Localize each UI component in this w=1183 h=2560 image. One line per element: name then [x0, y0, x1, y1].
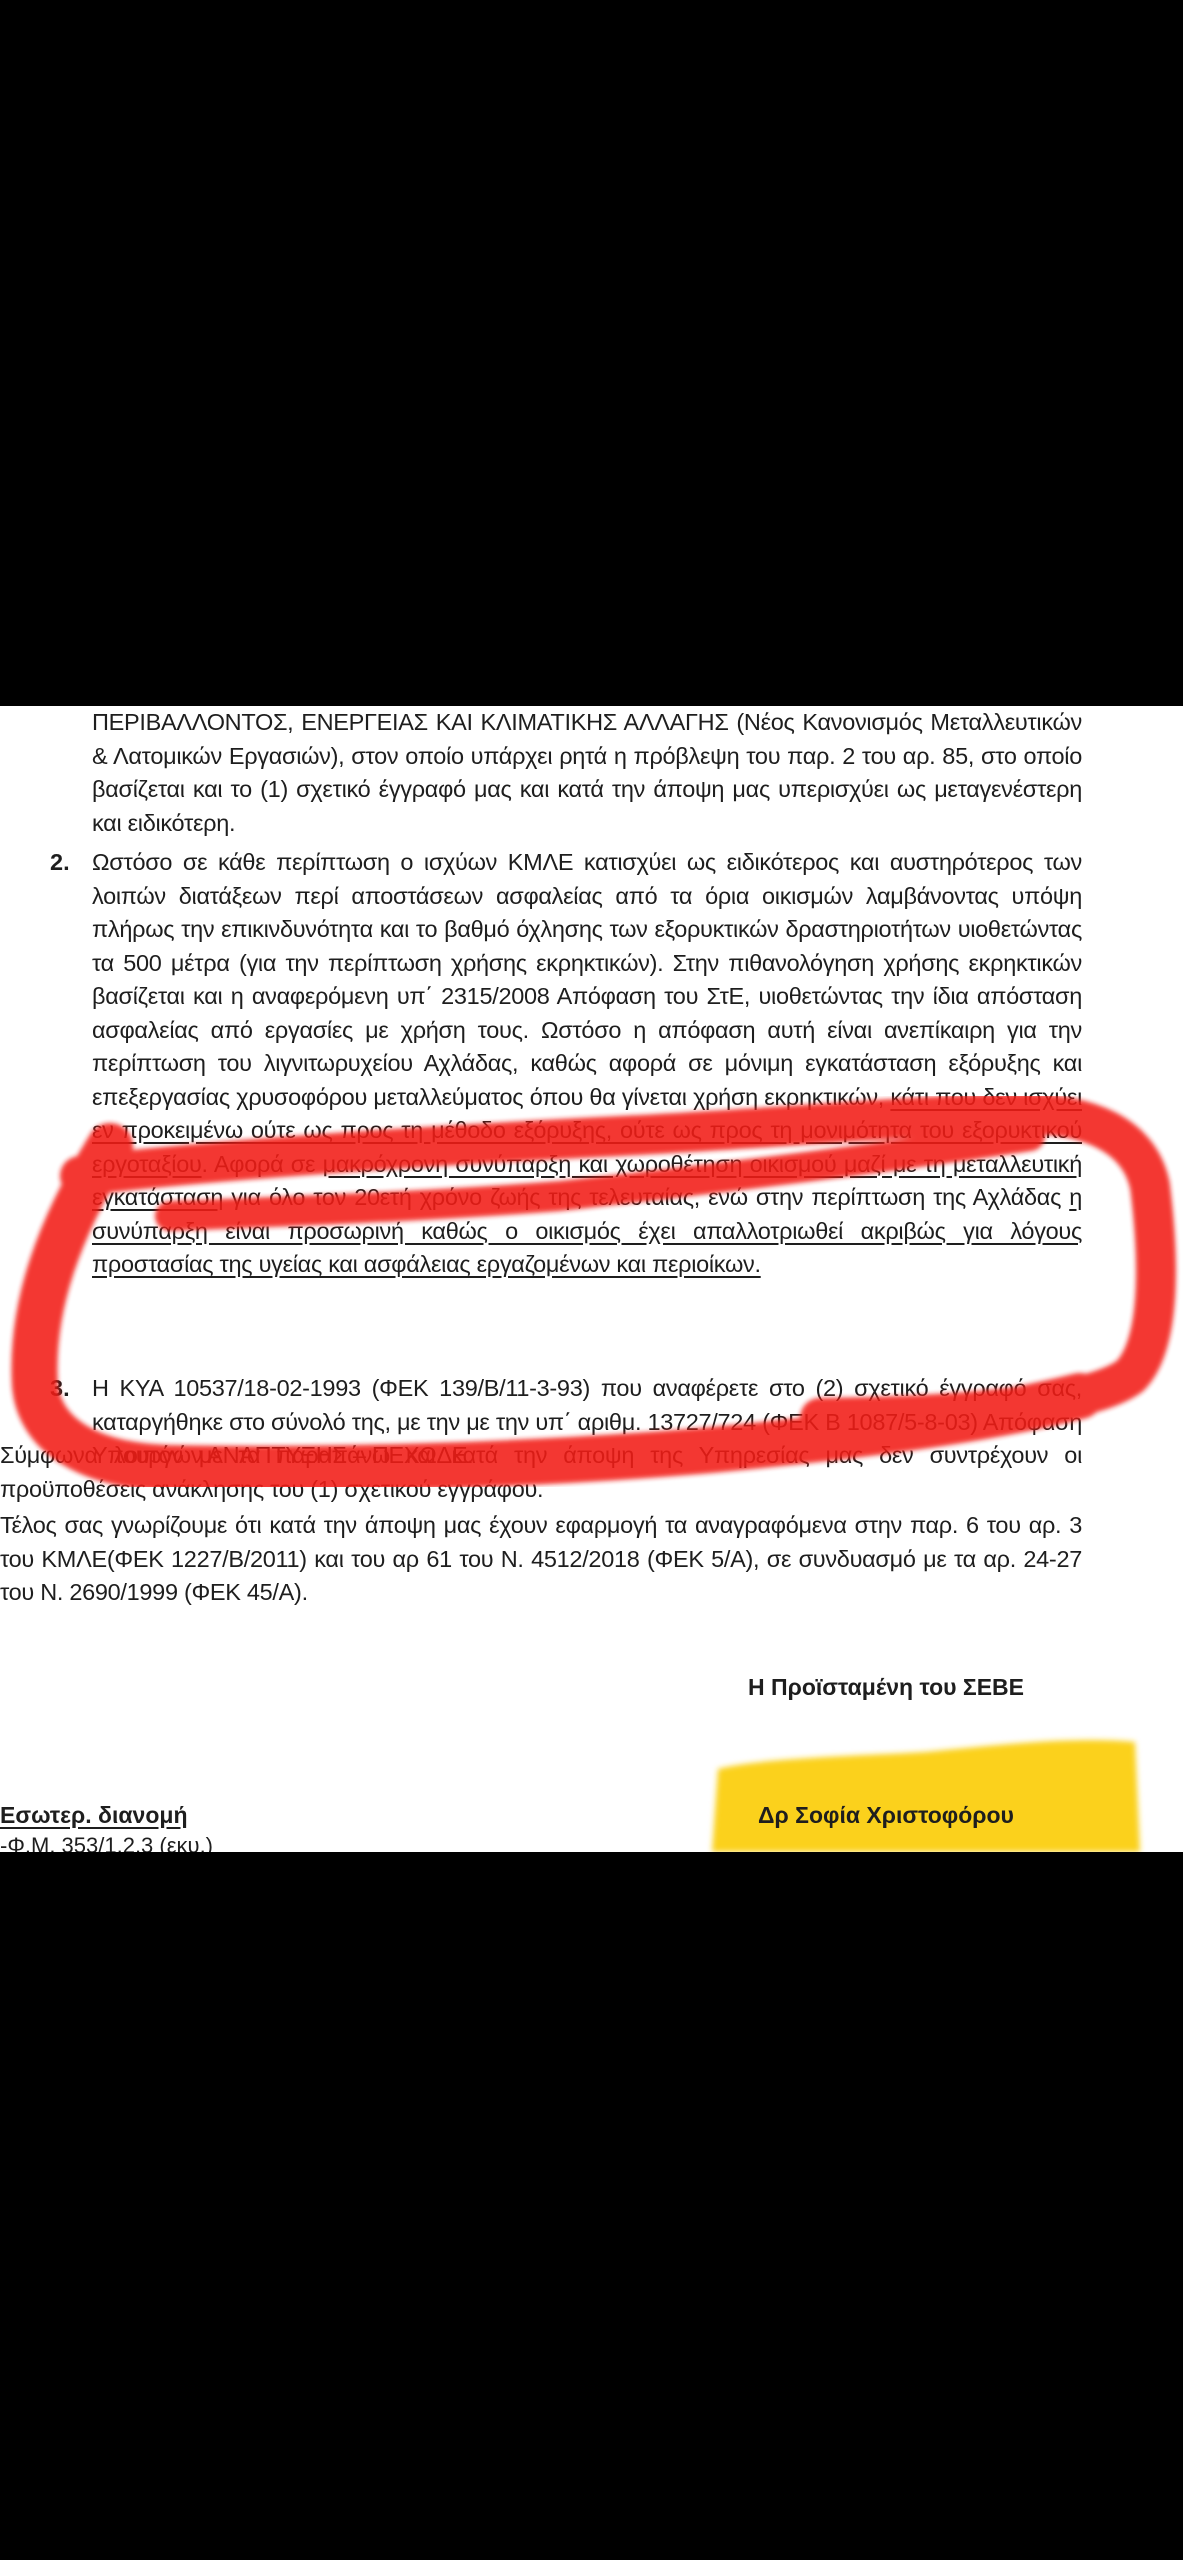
internal-distribution-heading: Εσωτερ. διανομή — [0, 1802, 188, 1829]
list-item-2-body: Ωστόσο σε κάθε περίπτωση ο ισχύων ΚΜΛΕ κ… — [92, 846, 1082, 1282]
item-2-text-2: . Αφορά σε — [202, 1151, 323, 1177]
item-2-text-1: Ωστόσο σε κάθε περίπτωση ο ισχύων ΚΜΛΕ κ… — [92, 849, 1082, 1110]
signature-name: Δρ Σοφία Χριστοφόρου — [758, 1802, 1014, 1829]
conclusion-paragraph: Σύμφωνα λοιπόν με τα παραπάνω και κατά τ… — [0, 1439, 1082, 1506]
list-item-2: 2. Ωστόσο σε κάθε περίπτωση ο ισχύων ΚΜΛ… — [50, 846, 1082, 1282]
final-note-paragraph: Τέλος σας γνωρίζουμε ότι κατά την άποψη … — [0, 1509, 1082, 1610]
list-number: 2. — [50, 846, 70, 880]
internal-distribution-item: -Φ.Μ. 353/1,2,3 (εκυ.) — [0, 1833, 213, 1852]
intro-paragraph-text: ΠΕΡΙΒΑΛΛΟΝΤΟΣ, ΕΝΕΡΓΕΙΑΣ ΚΑΙ ΚΛΙΜΑΤΙΚΗΣ … — [92, 709, 1082, 836]
item-2-text-3: για όλο τον 20ετή χρόνο ζωής της τελευτα… — [223, 1184, 1069, 1210]
document-page: ΠΕΡΙΒΑΛΛΟΝΤΟΣ, ΕΝΕΡΓΕΙΑΣ ΚΑΙ ΚΛΙΜΑΤΙΚΗΣ … — [0, 706, 1183, 1852]
signature-title: Η Προϊσταμένη του ΣΕΒΕ — [748, 1674, 1024, 1701]
intro-paragraph: ΠΕΡΙΒΑΛΛΟΝΤΟΣ, ΕΝΕΡΓΕΙΑΣ ΚΑΙ ΚΛΙΜΑΤΙΚΗΣ … — [92, 706, 1082, 840]
list-number: 3. — [50, 1372, 70, 1406]
